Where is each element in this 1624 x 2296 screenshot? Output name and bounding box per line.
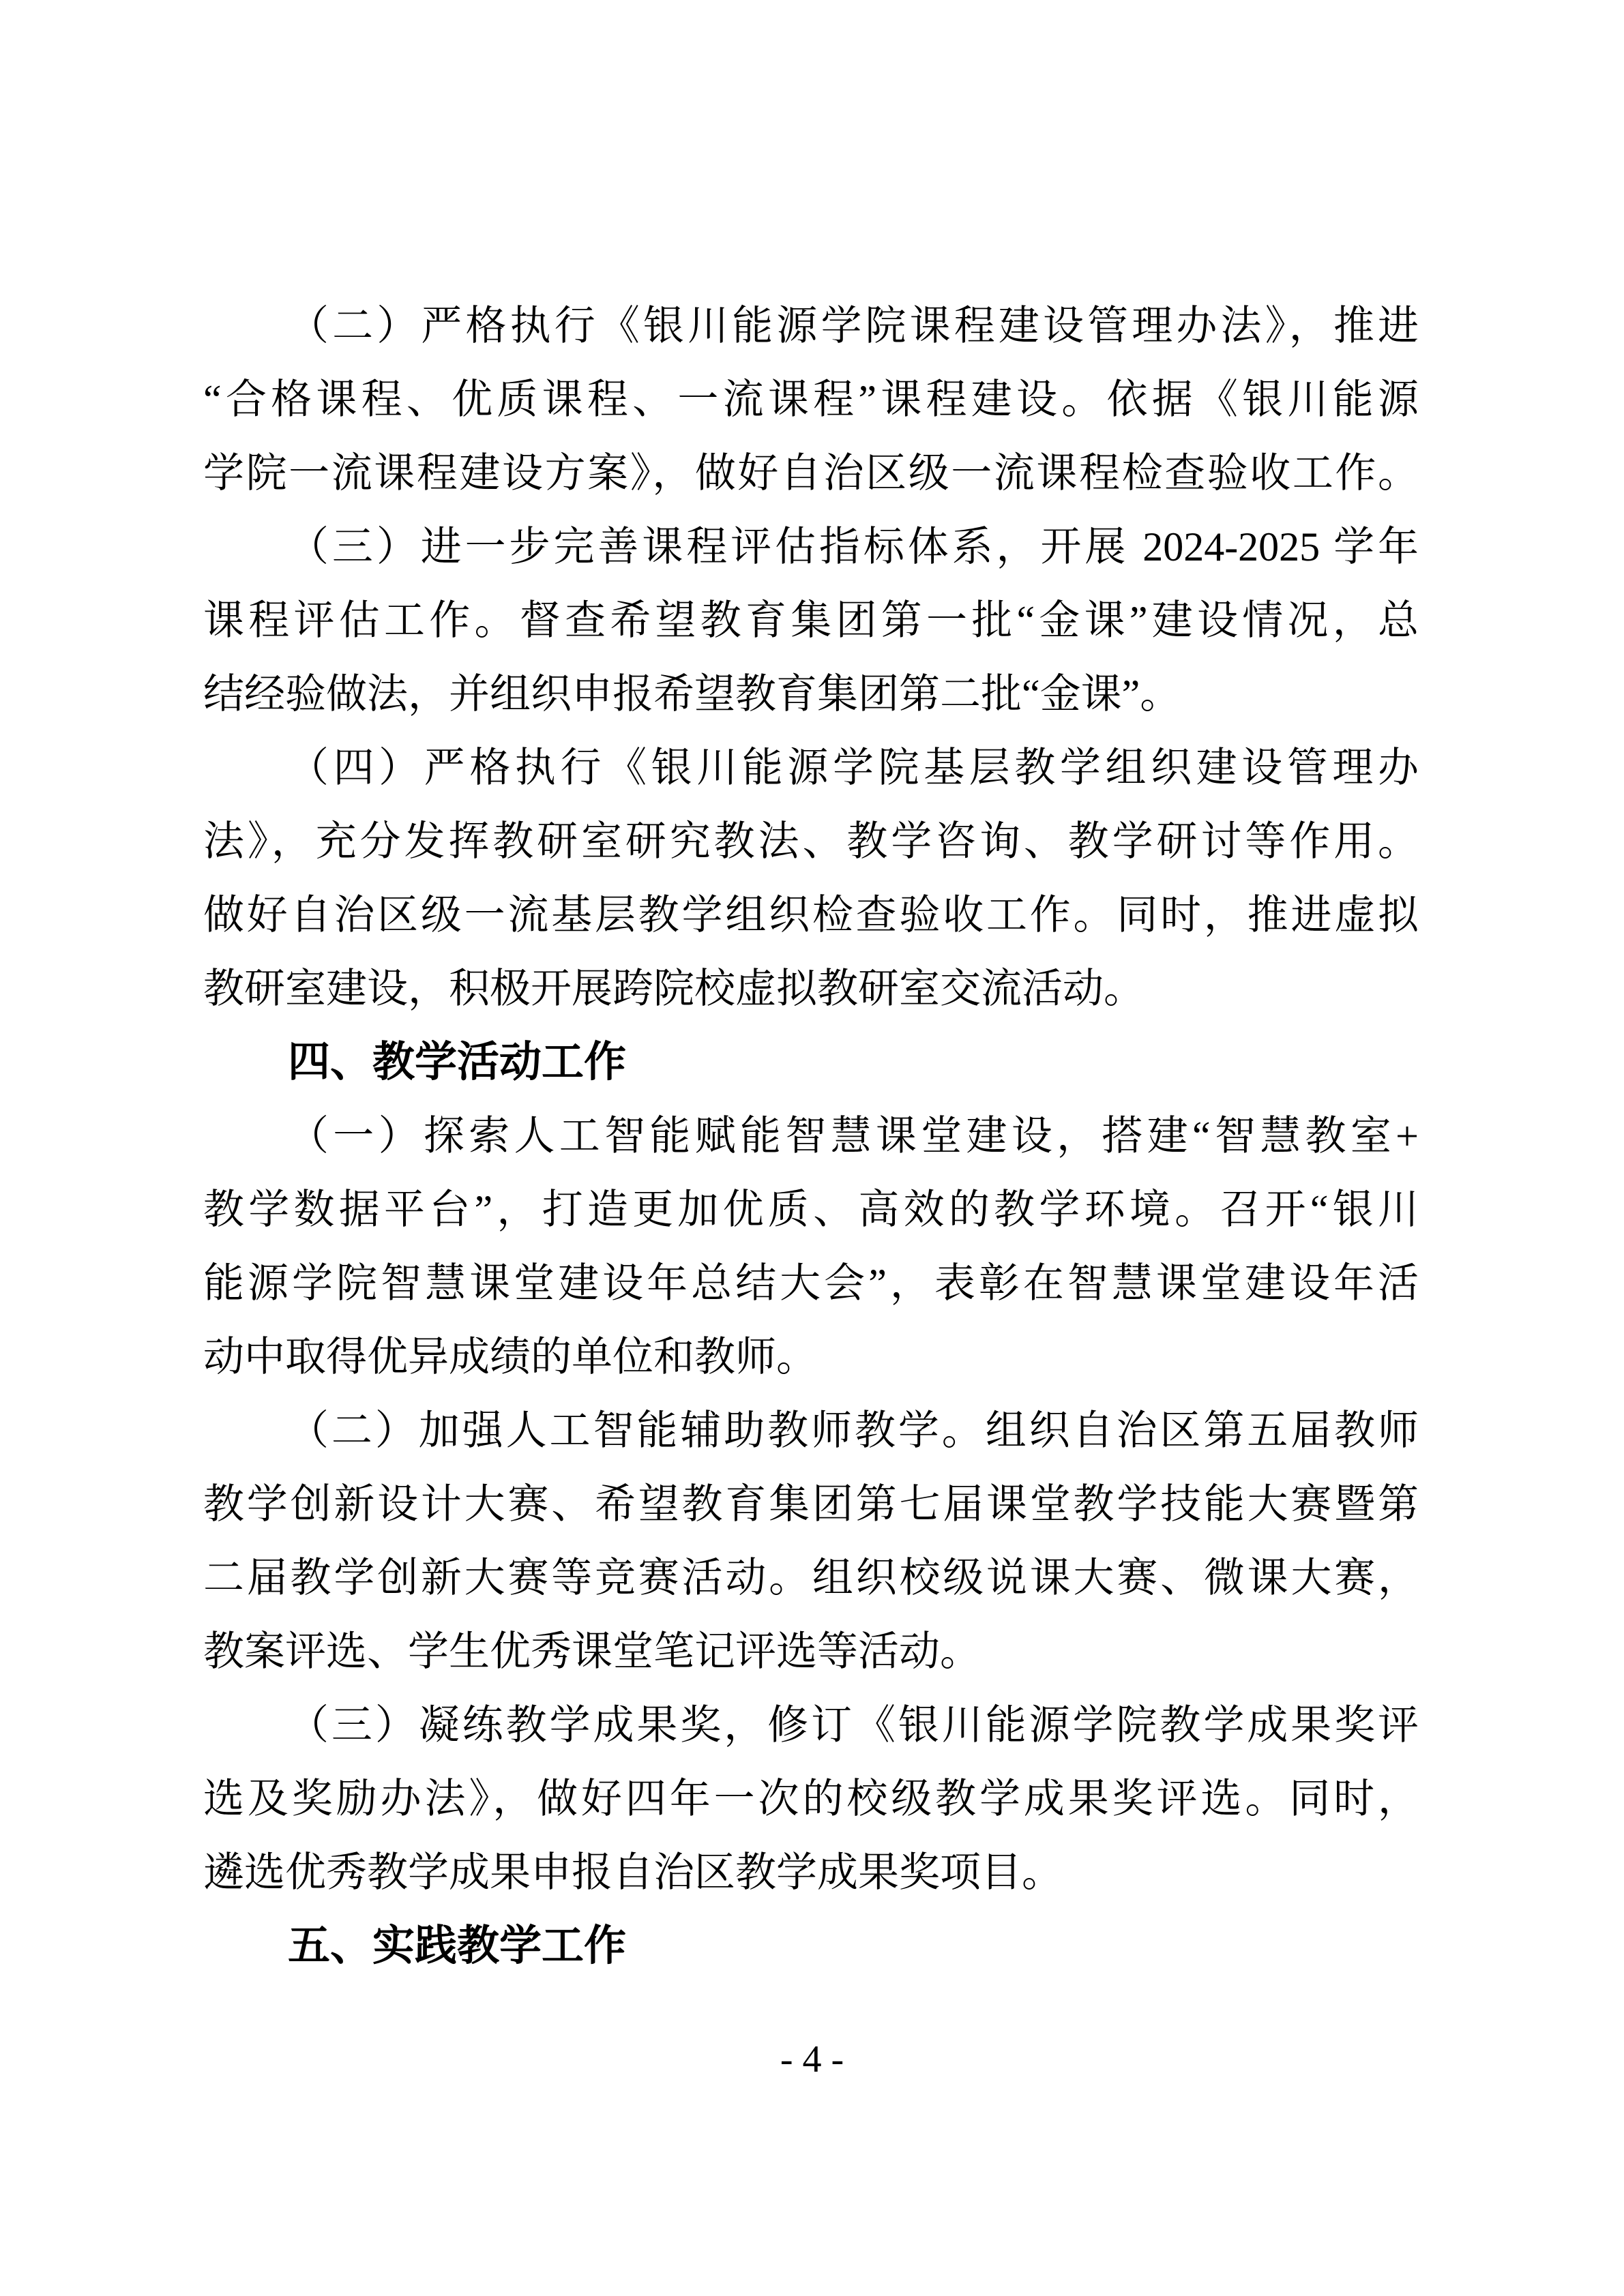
text-line: 教学数据平台”，打造更加优质、高效的教学环境。召开“银川 (203, 1173, 1419, 1247)
text-line: （二）加强人工智能辅助教师教学。组织自治区第五届教师 (203, 1394, 1419, 1467)
text-line: 教研室建设，积极开展跨院校虚拟教研室交流活动。 (203, 952, 1419, 1026)
text-line: 教学创新设计大赛、希望教育集团第七届课堂教学技能大赛暨第 (203, 1467, 1419, 1541)
text-line: （三）凝练教学成果奖，修订《银川能源学院教学成果奖评 (203, 1688, 1419, 1762)
text-line: 遴选优秀教学成果申报自治区教学成果奖项目。 (203, 1836, 1419, 1909)
section-heading: 五、实践教学工作 (203, 1909, 1419, 1983)
document-page: （二）严格执行《银川能源学院课程建设管理办法》，推进“合格课程、优质课程、一流课… (0, 0, 1624, 2296)
text-line: （二）严格执行《银川能源学院课程建设管理办法》，推进 (203, 289, 1419, 363)
text-line: 教案评选、学生优秀课堂笔记评选等活动。 (203, 1615, 1419, 1688)
page-number: - 4 - (0, 2038, 1624, 2081)
text-line: 做好自治区级一流基层教学组织检查验收工作。同时，推进虚拟 (203, 878, 1419, 952)
text-line: 结经验做法，并组织申报希望教育集团第二批“金课”。 (203, 657, 1419, 731)
text-line: 能源学院智慧课堂建设年总结大会”，表彰在智慧课堂建设年活 (203, 1247, 1419, 1320)
document-body: （二）严格执行《银川能源学院课程建设管理办法》，推进“合格课程、优质课程、一流课… (203, 289, 1419, 1983)
text-line: “合格课程、优质课程、一流课程”课程建设。依据《银川能源 (203, 363, 1419, 436)
text-line: 动中取得优异成绩的单位和教师。 (203, 1320, 1419, 1394)
text-line: （一）探索人工智能赋能智慧课堂建设，搭建“智慧教室+ (203, 1099, 1419, 1173)
text-line: 课程评估工作。督查希望教育集团第一批“金课”建设情况，总 (203, 584, 1419, 657)
text-line: 法》，充分发挥教研室研究教法、教学咨询、教学研讨等作用。 (203, 805, 1419, 878)
section-heading: 四、教学活动工作 (203, 1026, 1419, 1099)
text-line: （三）进一步完善课程评估指标体系，开展 2024-2025 学年 (203, 510, 1419, 584)
text-line: 二届教学创新大赛等竞赛活动。组织校级说课大赛、微课大赛， (203, 1541, 1419, 1615)
text-line: 选及奖励办法》，做好四年一次的校级教学成果奖评选。同时， (203, 1762, 1419, 1836)
text-line: 学院一流课程建设方案》，做好自治区级一流课程检查验收工作。 (203, 436, 1419, 510)
text-line: （四）严格执行《银川能源学院基层教学组织建设管理办 (203, 731, 1419, 805)
